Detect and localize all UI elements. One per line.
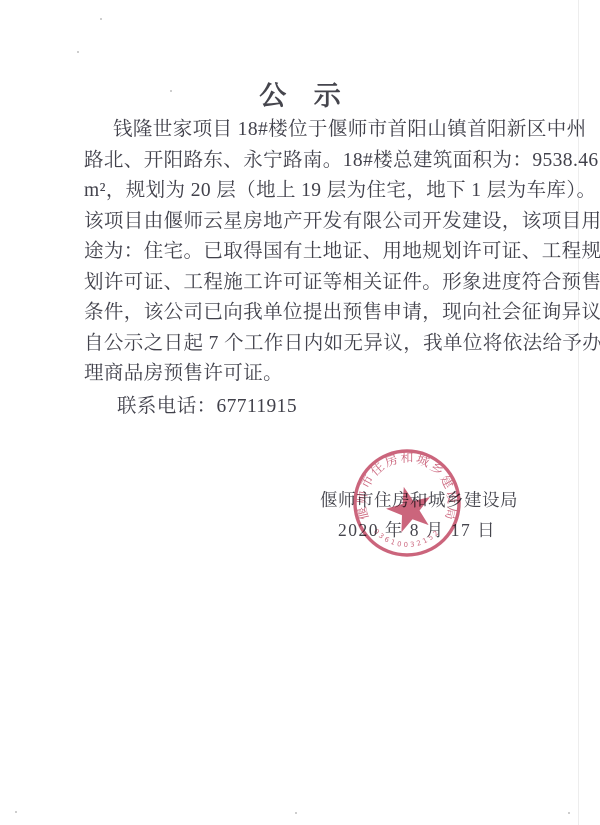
body-line: 钱隆世家项目 18#楼位于偃师市首阳山镇首阳新区中州 bbox=[84, 115, 528, 146]
scan-speck bbox=[77, 51, 79, 53]
scanned-notice-page: 公 示 钱隆世家项目 18#楼位于偃师市首阳山镇首阳新区中州 路北、开阳路东、永… bbox=[0, 0, 600, 825]
scan-speck bbox=[295, 812, 297, 814]
scan-speck bbox=[568, 812, 570, 814]
body-line: 划许可证、工程施工许可证等相关证件。形象进度符合预售 bbox=[84, 268, 528, 299]
scan-speck bbox=[100, 18, 102, 20]
scan-speck bbox=[15, 811, 17, 813]
notice-body: 钱隆世家项目 18#楼位于偃师市首阳山镇首阳新区中州 路北、开阳路东、永宁路南。… bbox=[84, 115, 528, 422]
body-line: 路北、开阳路东、永宁路南。18#楼总建筑面积为：9538.46 bbox=[84, 146, 528, 177]
body-line: 该项目由偃师云星房地产开发有限公司开发建设，该项目用 bbox=[84, 207, 528, 238]
body-line: m²，规划为 20 层（地上 19 层为住宅，地下 1 层为车库）。 bbox=[84, 176, 528, 207]
body-line: 途为：住宅。已取得国有土地证、用地规划许可证、工程规 bbox=[84, 237, 528, 268]
notice-title: 公 示 bbox=[0, 74, 600, 113]
body-line: 理商品房预售许可证。 bbox=[84, 359, 528, 390]
official-seal: 偃师市住房和城乡建设局 03610032152 bbox=[337, 433, 477, 573]
seal-code: 03610032152 bbox=[372, 527, 441, 549]
body-line: 自公示之日起 7 个工作日内如无异议，我单位将依法给予办 bbox=[84, 329, 528, 360]
body-line: 条件，该公司已向我单位提出预售申请，现向社会征询异议， bbox=[84, 298, 528, 329]
seal-star bbox=[382, 481, 437, 535]
contact-phone-line: 联系电话：67711915 bbox=[84, 392, 528, 423]
